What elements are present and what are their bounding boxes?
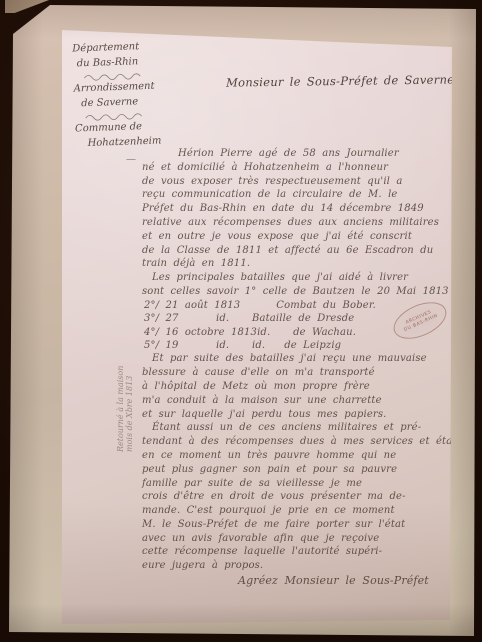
battle-cell: 5°/ 19 xyxy=(144,340,216,353)
closing-line: Agréez Monsieur le Sous-Préfet xyxy=(238,574,448,588)
text-line: m'a conduit à la maison sur une charrett… xyxy=(142,395,448,409)
paragraph-intro: Hérion Pierre agé de 58 ans Journalierné… xyxy=(142,148,448,272)
paragraph-battles-intro: Les principales batailles que j'ai aidé … xyxy=(142,272,448,300)
text-line: sont celles savoir 1° celle de Bautzen l… xyxy=(142,286,448,300)
paragraph-request: Étant aussi un de ces anciens militaires… xyxy=(142,422,448,574)
text-line: à l'hôpital de Metz où mon propre frère xyxy=(142,381,448,395)
battle-cell: id. de Leipzig xyxy=(252,340,341,353)
margin-note-vertical: Retourné à la maisonmois de Xbre 1813 xyxy=(116,274,134,452)
text-line: Et par suite des batailles j'ai reçu une… xyxy=(152,353,448,367)
battle-row: 5°/ 19id.id. de Leipzig xyxy=(144,340,448,353)
margin-dash: — xyxy=(126,154,136,165)
text-line: M. le Sous-Préfet de me faire porter sur… xyxy=(142,519,448,533)
battle-cell: 4°/ 16 octobre 1813 xyxy=(144,327,257,340)
text-line: eure jugera à propos. xyxy=(142,560,448,574)
battle-cell: Combat du Bober. xyxy=(276,300,376,313)
text-line: de la Classe de 1811 et affecté au 6e Es… xyxy=(142,245,448,259)
salutation: Monsieur le Sous-Préfet de Saverne. xyxy=(226,72,458,89)
text-line: Préfet du Bas-Rhin en date du 14 décembr… xyxy=(142,203,448,217)
text-line: et sur laquelle j'ai perdu tous mes papi… xyxy=(142,409,448,423)
text-line: Les principales batailles que j'ai aidé … xyxy=(152,272,448,286)
text-line: relative aux récompenses dues aux ancien… xyxy=(142,217,448,231)
text-line: Étant aussi un de ces anciens militaires… xyxy=(152,422,448,436)
text-line: train déjà en 1811. xyxy=(142,258,448,272)
battle-cell: 2°/ 21 août 1813 xyxy=(144,300,240,313)
margin-note-line: mois de Xbre 1813 xyxy=(125,274,134,452)
flourish-squiggle xyxy=(83,72,145,81)
flourish-squiggle xyxy=(85,112,147,121)
battle-cell: de Wachau. xyxy=(293,327,356,340)
text-line: crois d'être en droit de vous présenter … xyxy=(142,491,448,505)
text-line: avec un avis favorable afin que je reçoi… xyxy=(142,533,448,547)
text-line: cette récompense laquelle l'autorité sup… xyxy=(142,546,448,560)
text-line: peut plus gagner son pain et pour sa pau… xyxy=(142,464,448,478)
text-line: blessure à cause d'elle on m'a transport… xyxy=(142,367,448,381)
text-line: reçu communication de la circulaire de M… xyxy=(142,189,448,203)
text-line: et en outre je vous expose que j'ai été … xyxy=(142,231,448,245)
text-line: mande. C'est pourquoi je prie en ce mome… xyxy=(142,505,448,519)
text-line: tendant à des récompenses dues à mes ser… xyxy=(142,436,448,450)
battle-row: 2°/ 21 août 1813Combat du Bober. xyxy=(144,300,448,313)
letter-sheet: Département du Bas-Rhin Arrondissement d… xyxy=(0,0,482,642)
paragraph-wound: Et par suite des batailles j'ai reçu une… xyxy=(142,353,448,422)
battle-cell: Bataille de Dresde xyxy=(252,313,354,326)
letterhead-department-value: du Bas-Rhin xyxy=(77,56,159,74)
battle-cell xyxy=(240,300,276,313)
battle-cell: id. xyxy=(216,313,252,326)
text-line: famille par suite de sa vieillesse je me xyxy=(142,478,448,492)
text-line: en ce moment un très pauvre homme qui ne xyxy=(142,450,448,464)
letterhead: Département du Bas-Rhin Arrondissement d… xyxy=(72,41,162,154)
text-line: né et domicilié à Hohatzenheim a l'honne… xyxy=(142,162,448,176)
text-line: de vous exposer très respectueusement qu… xyxy=(142,176,448,190)
battle-cell: id. xyxy=(216,340,252,353)
letter-body: Hérion Pierre agé de 58 ans Journalierné… xyxy=(142,148,448,588)
letterhead-arrondissement-value: de Saverne xyxy=(81,96,160,114)
text-line: Hérion Pierre agé de 58 ans Journalier xyxy=(178,148,448,162)
battle-cell: 3°/ 27 xyxy=(144,313,216,326)
battle-cell: id. xyxy=(257,327,293,340)
margin-note-line: Retourné à la maison xyxy=(116,274,125,452)
photo-of-document: Département du Bas-Rhin Arrondissement d… xyxy=(0,0,482,642)
